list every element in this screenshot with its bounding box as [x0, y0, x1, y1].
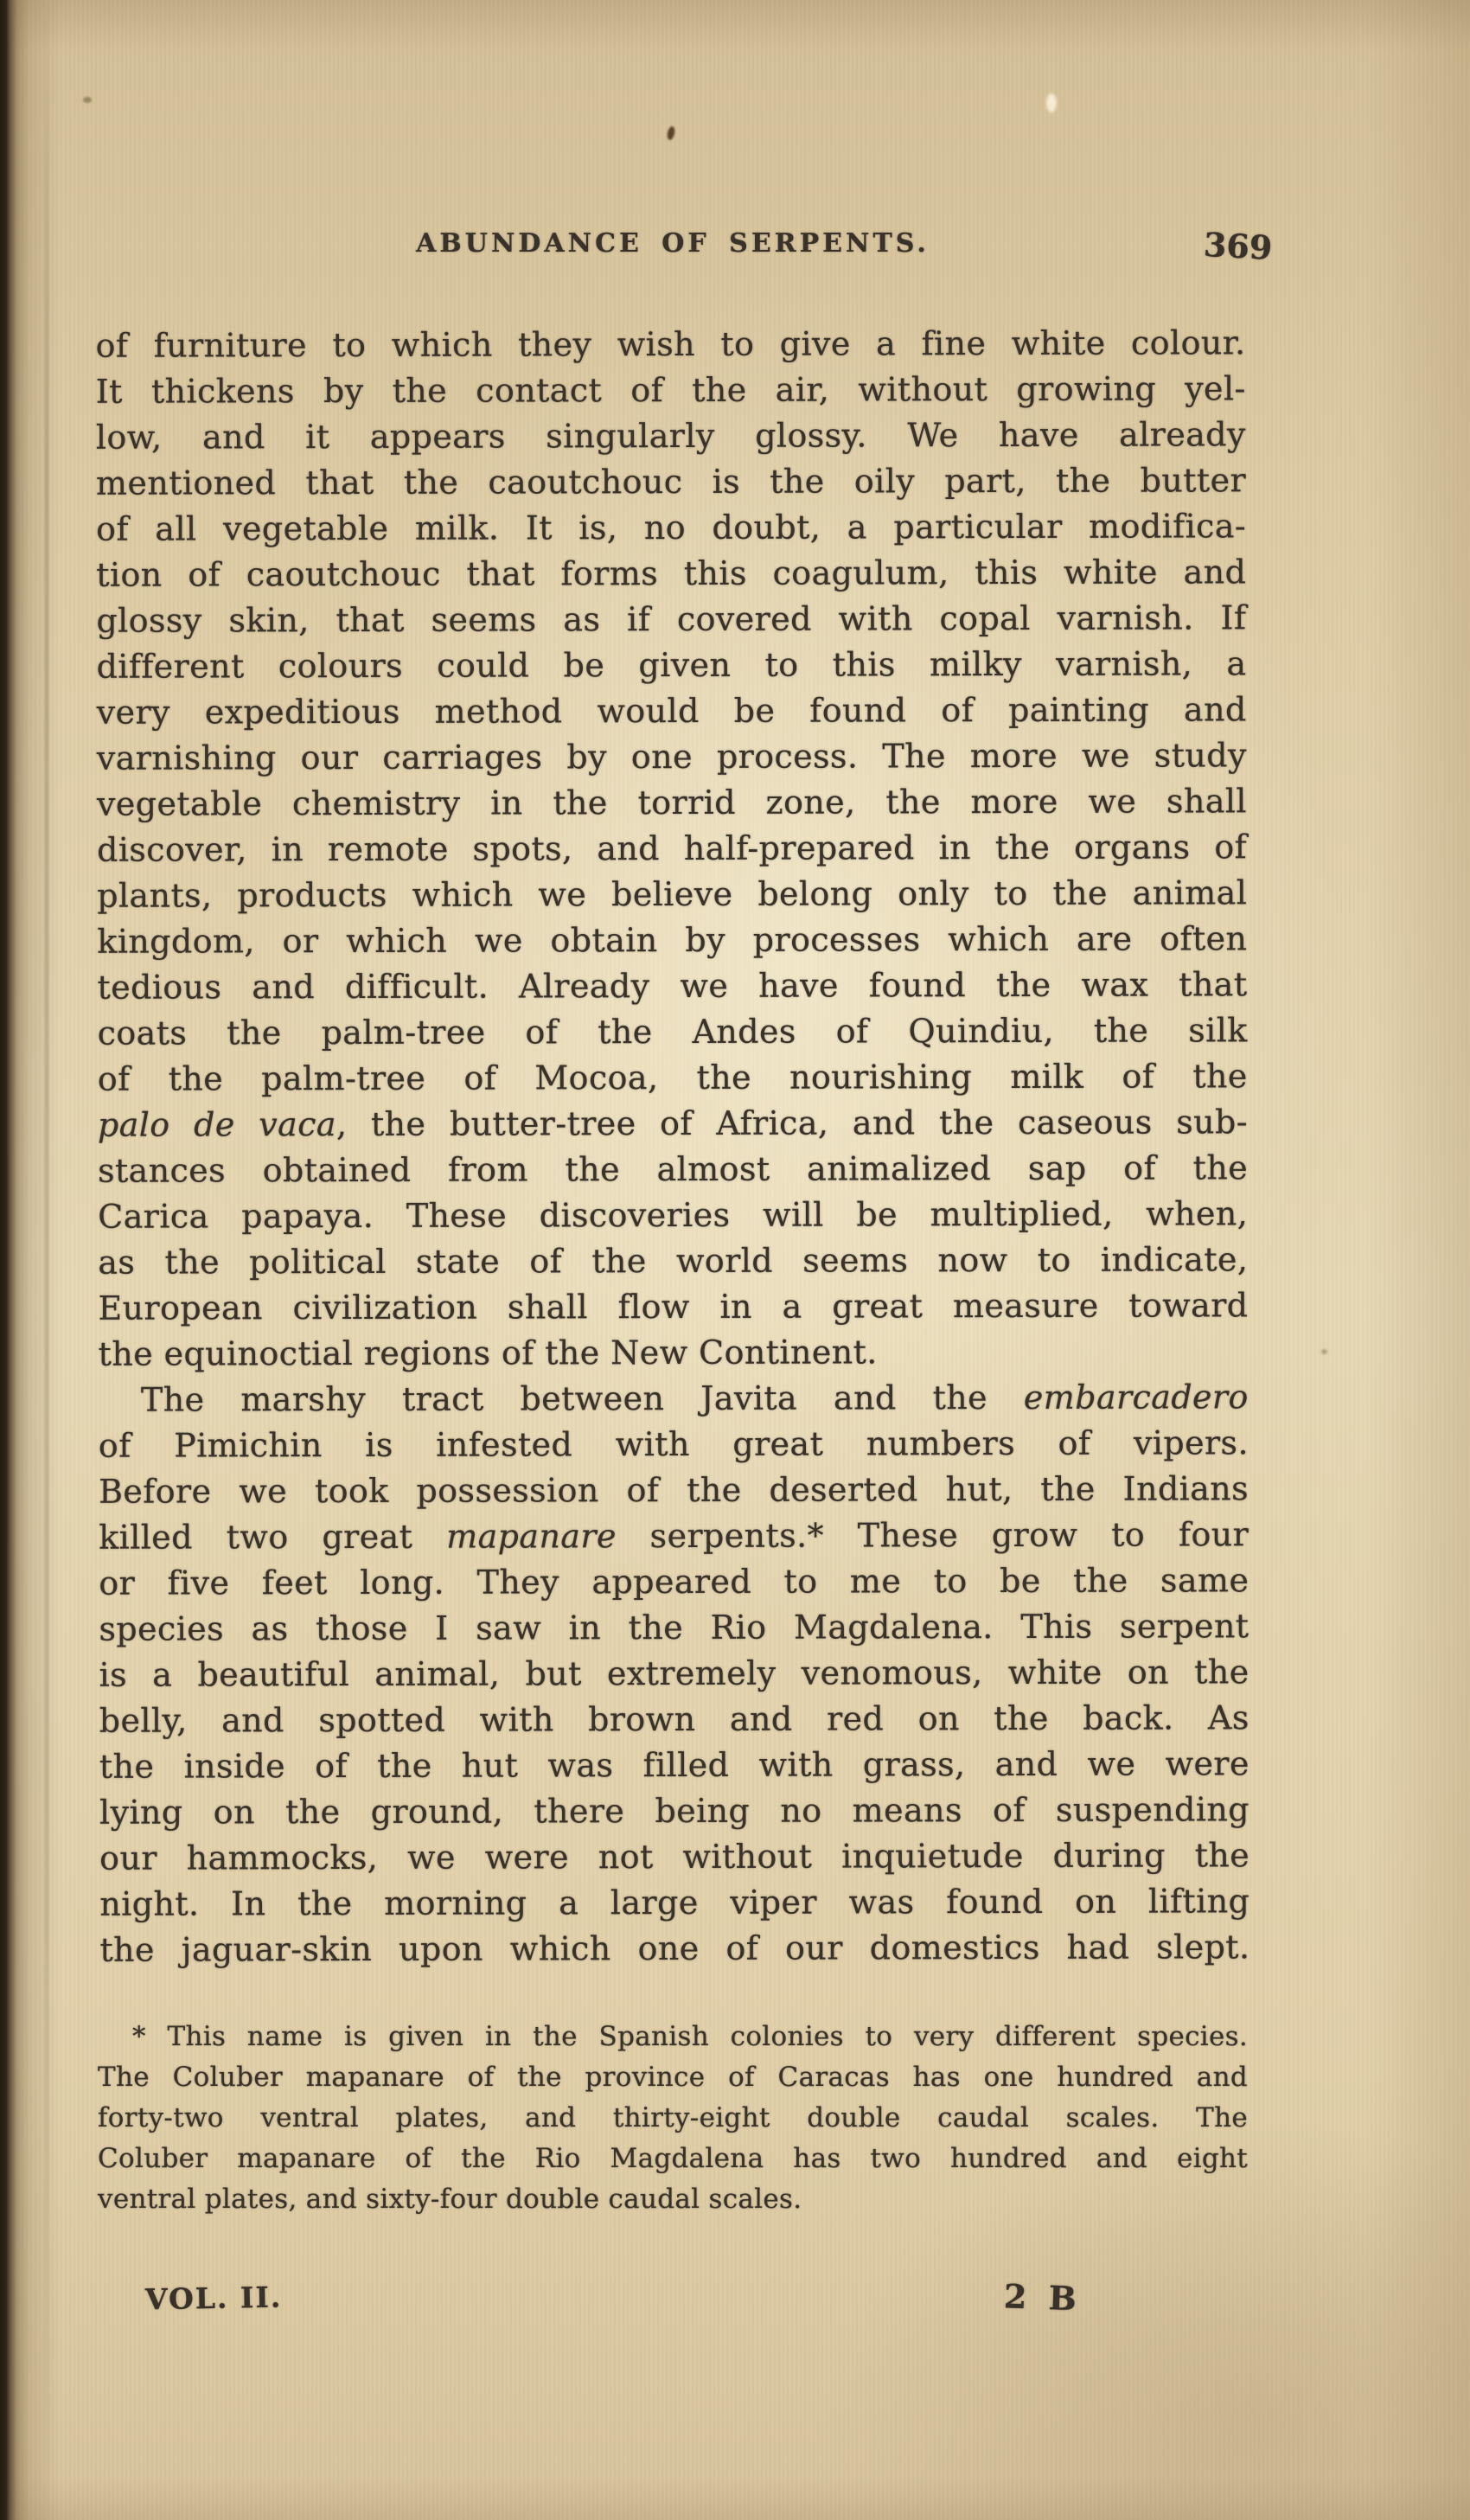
page-header: ABUNDANCE OF SERPENTS. 369 — [98, 228, 1248, 266]
text-line: Carica papaya. These discoveries will be… — [98, 1191, 1248, 1239]
text-line: belly, and spotted with brown and red on… — [99, 1695, 1249, 1743]
text-line: ventral plates, and sixty-four double ca… — [98, 2179, 1248, 2220]
page-footer: VOL. II. 2 B — [98, 2281, 1248, 2333]
text-line: the inside of the hut was filled with gr… — [99, 1741, 1249, 1789]
text-line: is a beautiful animal, but extremely ven… — [99, 1649, 1249, 1698]
text-line: discover, in remote spots, and half-prep… — [97, 824, 1247, 873]
text-line: vegetable chemistry in the torrid zone, … — [97, 778, 1247, 827]
paper-speck-icon — [83, 97, 92, 103]
text-line: The marshy tract between Javita and the … — [99, 1374, 1249, 1423]
text-line: * This name is given in the Spanish colo… — [98, 2017, 1248, 2057]
text-line: very expeditious method would be found o… — [97, 687, 1247, 735]
text-line: species as those I saw in the Rio Magdal… — [99, 1603, 1249, 1652]
text-line: The Coluber mapanare of the province of … — [98, 2057, 1248, 2098]
text-line: the jaguar-skin upon which one of our do… — [99, 1924, 1249, 1973]
text-line: kingdom, or which we obtain by processes… — [97, 916, 1247, 964]
scanned-book-page: ABUNDANCE OF SERPENTS. 369 of furniture … — [0, 0, 1470, 2520]
footnote: * This name is given in the Spanish colo… — [98, 2017, 1248, 2220]
text-line: glossy skin, that seems as if covered wi… — [96, 595, 1246, 643]
page-crease — [45, 0, 48, 2520]
text-line: our hammocks, we were not without inquie… — [99, 1832, 1249, 1881]
text-line: different colours could be given to this… — [96, 641, 1246, 689]
book-binding-edge — [0, 0, 61, 2520]
text-line: plants, products which we believe belong… — [97, 870, 1247, 918]
text-line: of all vegetable milk. It is, no doubt, … — [96, 503, 1246, 552]
footer-signature-mark: 2 B — [1003, 2276, 1082, 2318]
paper-speck-icon — [1321, 1349, 1327, 1354]
text-line: stances obtained from the almost animali… — [98, 1145, 1248, 1193]
text-line: of furniture to which they wish to give … — [96, 320, 1246, 368]
text-line: lying on the ground, there being no mean… — [99, 1787, 1249, 1835]
text-line: coats the palm-tree of the Andes of Quin… — [98, 1007, 1248, 1056]
page-number: 369 — [1203, 225, 1274, 267]
text-line: varnishing our carriages by one process.… — [97, 732, 1247, 781]
body-text: of furniture to which they wish to give … — [96, 320, 1250, 1973]
footer-volume-label: VOL. II. — [145, 2280, 283, 2317]
running-title: ABUNDANCE OF SERPENTS. — [98, 228, 1248, 259]
text-line: low, and it appears singularly glossy. W… — [96, 412, 1246, 460]
text-line: night. In the morning a large viper was … — [99, 1878, 1249, 1927]
paper-speck-icon — [666, 125, 675, 140]
text-line: forty-two ventral plates, and thirty-eig… — [98, 2098, 1248, 2139]
text-line: of the palm-tree of Mocoa, the nourishin… — [98, 1053, 1248, 1102]
text-line: Before we took possession of the deserte… — [99, 1466, 1249, 1514]
text-line: palo de vaca, the butter-tree of Africa,… — [98, 1099, 1248, 1148]
text-line: European civilization shall flow in a gr… — [98, 1282, 1248, 1331]
text-line: tion of caoutchouc that forms this coagu… — [96, 549, 1246, 598]
text-line: or five feet long. They appeared to me t… — [99, 1557, 1249, 1606]
text-line: of Pimichin is infested with great numbe… — [99, 1420, 1249, 1468]
text-line: tedious and difficult. Already we have f… — [97, 962, 1247, 1010]
paper-fleck-icon — [1046, 93, 1057, 112]
text-line: killed two great mapanare serpents.* The… — [99, 1512, 1249, 1560]
text-line: It thickens by the contact of the air, w… — [96, 366, 1246, 414]
text-line: the equinoctial regions of the New Conti… — [99, 1328, 1249, 1377]
text-line: as the political state of the world seem… — [98, 1237, 1248, 1285]
text-line: Coluber mapanare of the Rio Magdalena ha… — [98, 2139, 1248, 2179]
text-line: mentioned that the caoutchouc is the oil… — [96, 457, 1246, 506]
